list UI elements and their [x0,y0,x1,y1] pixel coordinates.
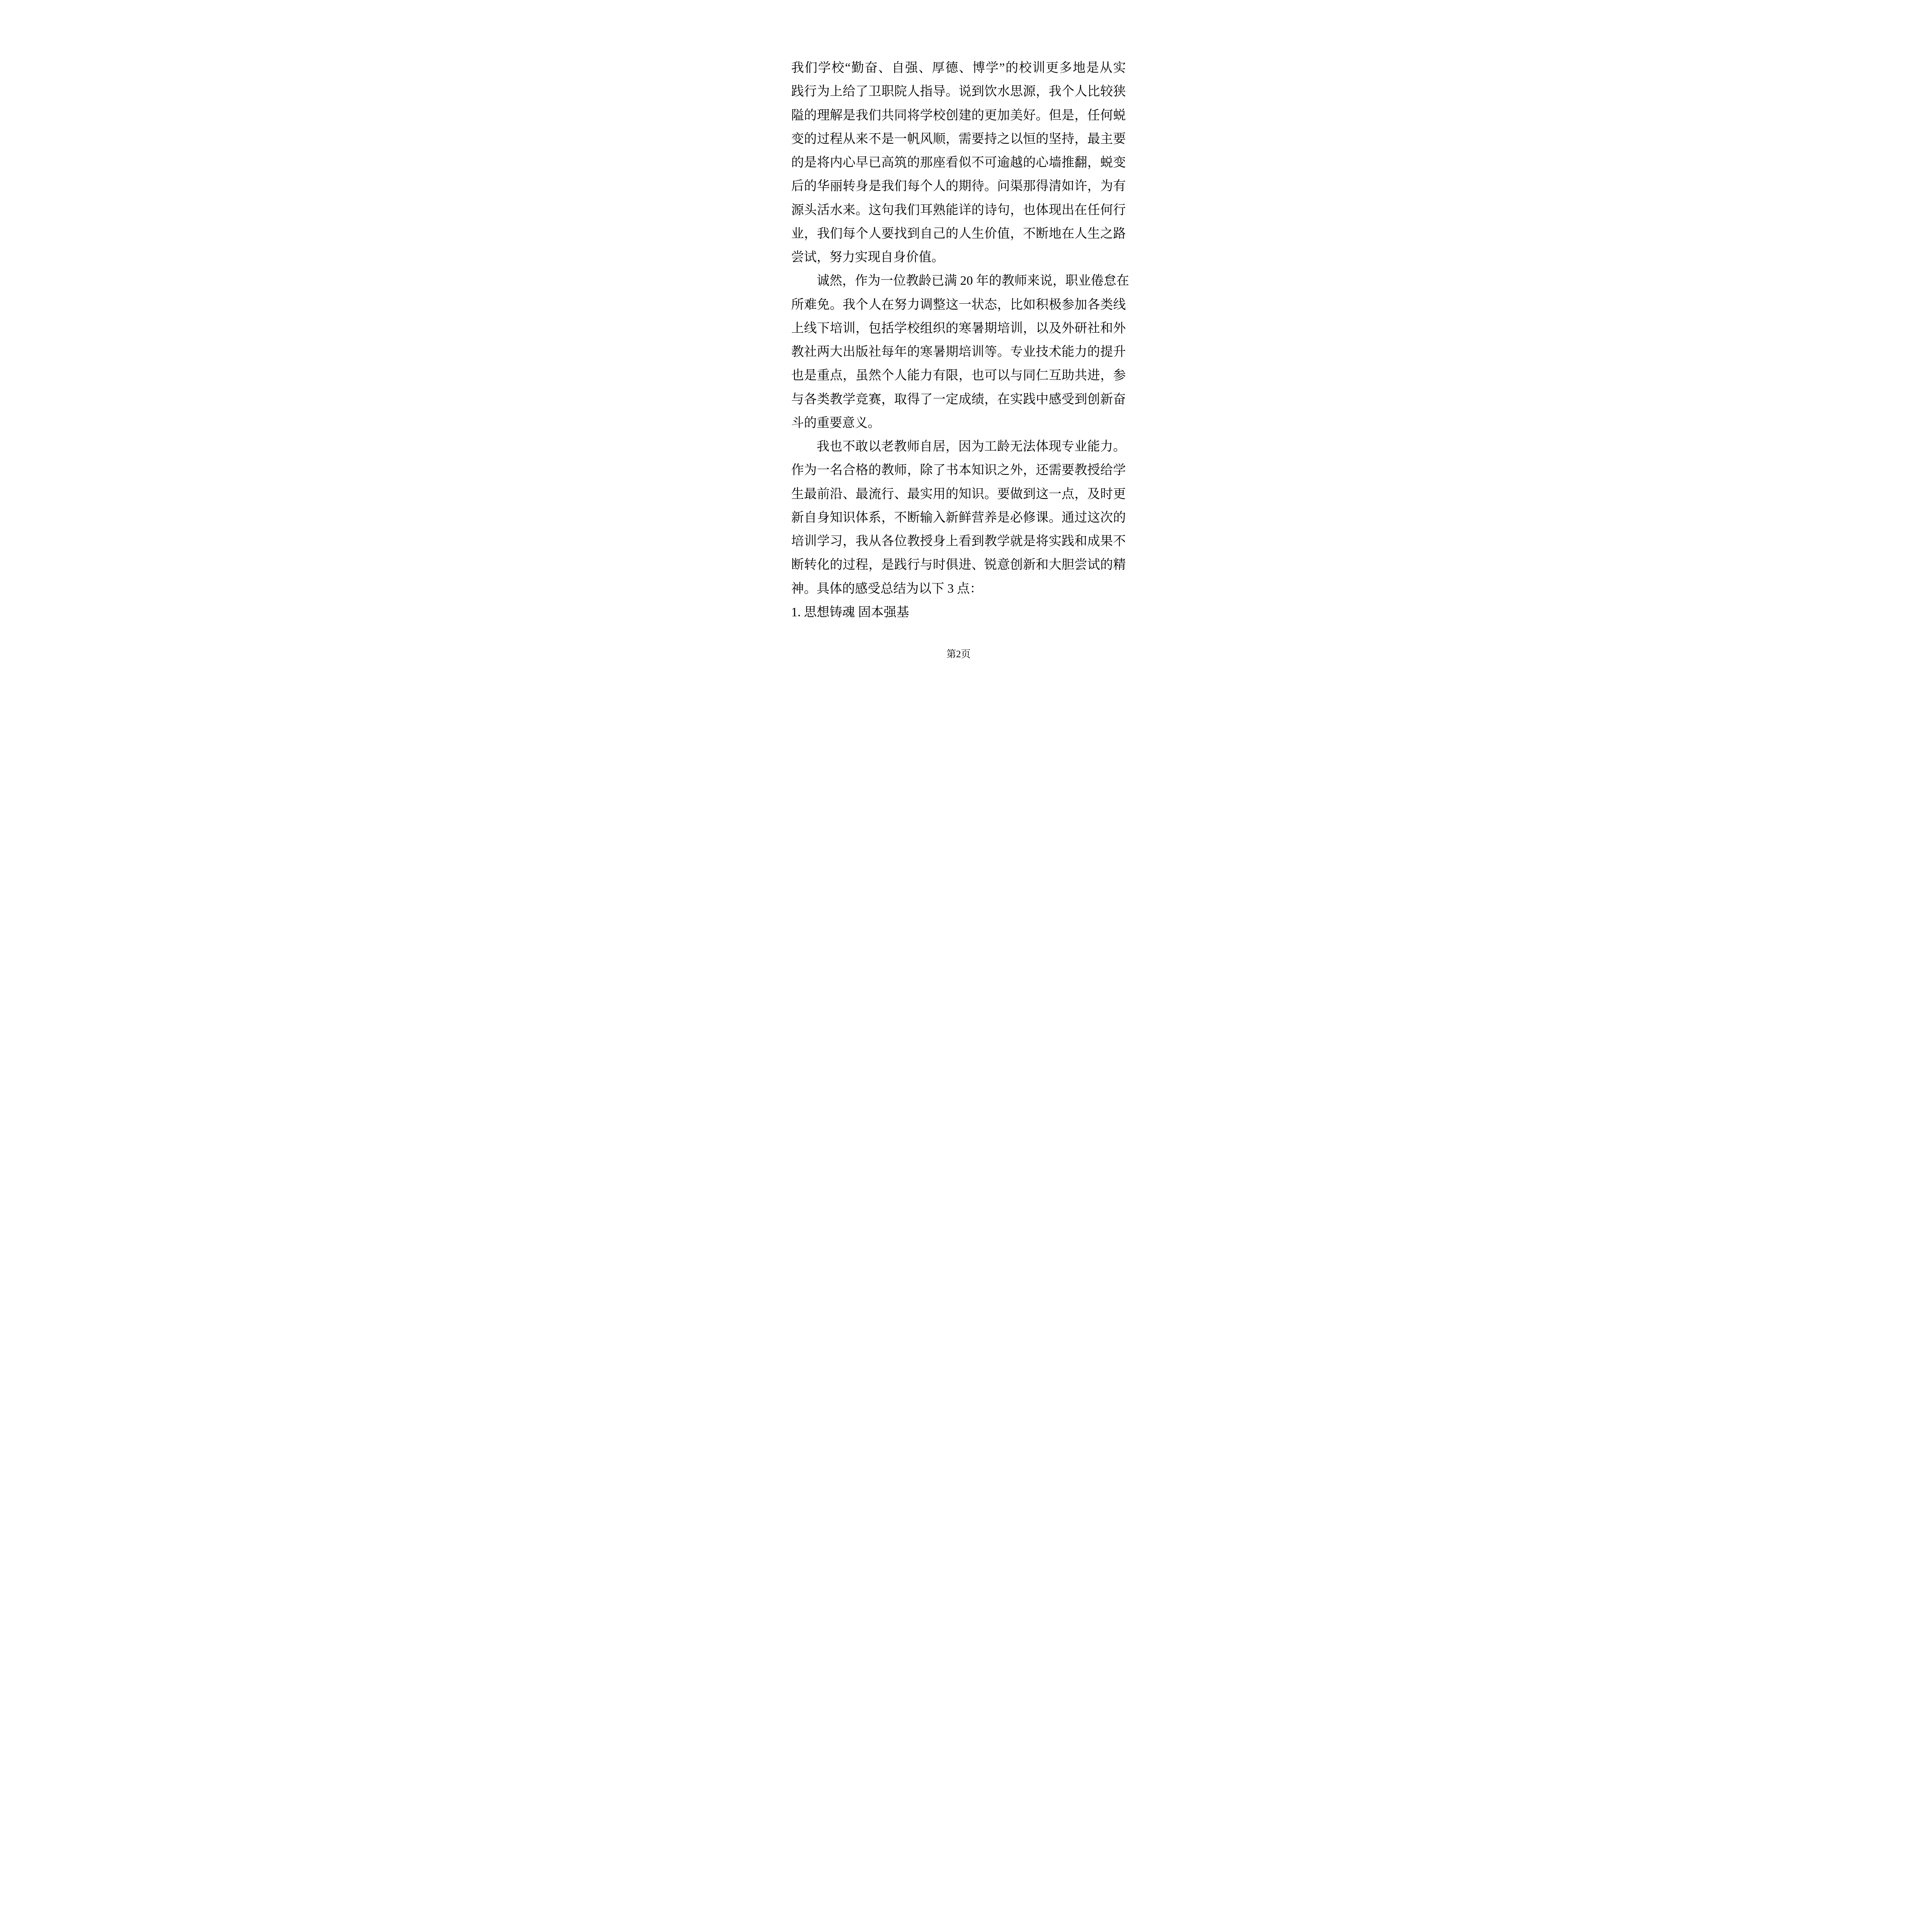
body-text: 我们学校“勤奋、自强、厚德、博学”的校训更多地是从实 践行为上给了卫职院人指导。… [791,56,1126,624]
text-line: 生最前沿、最流行、最实用的知识。要做到这一点，及时更 [791,483,1126,506]
text-line: 神。具体的感受总结为以下 3 点： [791,577,1126,601]
text-line: 所难免。我个人在努力调整这一状态，比如积极参加各类线 [791,293,1126,317]
document-page: 我们学校“勤奋、自强、厚德、博学”的校训更多地是从实 践行为上给了卫职院人指导。… [719,0,1198,678]
text-line: 变的过程从来不是一帆风顺，需要持之以恒的坚持，最主要 [791,128,1126,151]
page-number: 第2页 [946,649,971,660]
text-line: 作为一名合格的教师，除了书本知识之外，还需要教授给学 [791,459,1126,482]
text-line: 培训学习，我从各位教授身上看到教学就是将实践和成果不 [791,530,1126,553]
text-line: 教社两大出版社每年的寒暑期培训等。专业技术能力的提升 [791,340,1126,364]
page-footer: 第2页 [719,648,1198,660]
text-line: 隘的理解是我们共同将学校创建的更加美好。但是，任何蜕 [791,104,1126,128]
text-line: 业，我们每个人要找到自己的人生价值，不断地在人生之路 [791,222,1126,246]
text-line: 尝试，努力实现自身价值。 [791,246,1126,269]
text-line: 的是将内心早已高筑的那座看似不可逾越的心墙推翻，蜕变 [791,151,1126,175]
text-line: 斗的重要意义。 [791,412,1126,435]
text-line: 1. 思想铸魂 固本强基 [791,601,1126,624]
text-line: 源头活水来。这句我们耳熟能详的诗句，也体现出在任何行 [791,199,1126,222]
text-line: 诚然，作为一位教龄已满 20 年的教师来说，职业倦怠在 [791,269,1126,293]
text-line: 我也不敢以老教师自居，因为工龄无法体现专业能力。 [791,435,1126,459]
text-line: 与各类教学竞赛，取得了一定成绩，在实践中感受到创新奋 [791,388,1126,412]
text-line: 新自身知识体系，不断输入新鲜营养是必修课。通过这次的 [791,506,1126,530]
text-line: 断转化的过程，是践行与时俱进、锐意创新和大胆尝试的精 [791,553,1126,577]
text-line: 也是重点，虽然个人能力有限，也可以与同仁互助共进，参 [791,364,1126,388]
text-line: 践行为上给了卫职院人指导。说到饮水思源，我个人比较狭 [791,80,1126,104]
text-line: 后的华丽转身是我们每个人的期待。问渠那得清如许，为有 [791,175,1126,198]
text-line: 上线下培训，包括学校组织的寒暑期培训，以及外研社和外 [791,317,1126,340]
text-line: 我们学校“勤奋、自强、厚德、博学”的校训更多地是从实 [791,56,1126,80]
